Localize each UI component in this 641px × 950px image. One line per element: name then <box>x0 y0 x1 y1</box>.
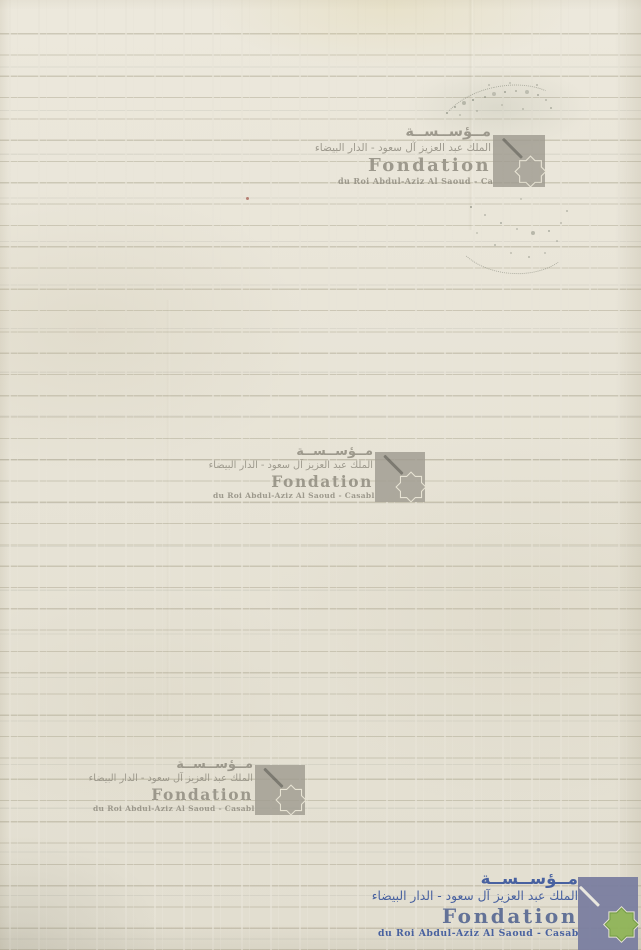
pencil-smudge <box>470 206 472 208</box>
watermark-french-title: Fondation <box>378 905 578 928</box>
round-stamp-ghost <box>431 74 572 175</box>
paper-crease <box>166 300 171 720</box>
pencil-smudge <box>446 112 448 114</box>
watermark-text: مــؤســســة الملك عبد العزيز آل سعود - ا… <box>213 444 373 501</box>
diagonal-line <box>383 455 403 475</box>
round-stamp-ghost <box>450 188 577 278</box>
watermark-french-subtitle: du Roi Abdul-Aziz Al Saoud - Casablanca <box>213 491 373 501</box>
watermark-french-subtitle: du Roi Abdul-Aziz Al Saoud - Casablanca <box>378 928 578 939</box>
eight-pointed-star-icon <box>275 784 307 816</box>
diagonal-line <box>263 768 283 788</box>
watermark-french-title: Fondation <box>213 473 373 491</box>
watermark-arabic-title: مــؤســســة <box>93 757 253 772</box>
watermark-arabic-subtitle: الملك عبد العزيز آل سعود - الدار البيضاء <box>213 459 373 472</box>
scanned-page: مــؤســســة الملك عبد العزيز آل سعود - ا… <box>0 0 641 950</box>
watermark-arabic-subtitle: الملك عبد العزيز آل سعود - الدار البيضاء <box>93 772 253 785</box>
eight-pointed-star-icon <box>395 471 427 503</box>
paper-texture <box>0 0 641 950</box>
logo-square <box>578 877 638 950</box>
watermark-arabic-title: مــؤســســة <box>378 869 578 888</box>
foundation-logo <box>375 452 425 502</box>
paper-crease <box>468 0 475 230</box>
watermark-arabic-subtitle: الملك عبد العزيز آل سعود - الدار البيضاء <box>338 141 491 155</box>
diagonal-line <box>502 138 523 159</box>
watermark-french-title: Fondation <box>93 786 253 804</box>
watermark-french-title: Fondation <box>338 156 491 176</box>
watermark-stamp-bottom-left: مــؤســســة الملك عبد العزيز آل سعود - ا… <box>93 757 305 815</box>
watermark-arabic-subtitle: الملك عبد العزيز آل سعود - الدار البيضاء <box>378 888 578 904</box>
foundation-stamp-bottom-right: مــؤســســة الملك عبد العزيز آل سعود - ا… <box>378 869 638 950</box>
ink-speck <box>246 197 249 200</box>
logo-square <box>493 135 545 187</box>
watermark-french-subtitle: du Roi Abdul-Aziz Al Saoud - Casablanca <box>338 176 491 186</box>
diagonal-line <box>579 886 600 907</box>
watermark-french-subtitle: du Roi Abdul-Aziz Al Saoud - Casablanca <box>93 804 253 814</box>
ruled-lines <box>0 0 641 950</box>
watermark-arabic-title: مــؤســســة <box>213 444 373 459</box>
foundation-logo <box>578 877 638 950</box>
watermark-text: مــؤســســة الملك عبد العزيز آل سعود - ا… <box>338 124 491 186</box>
foundation-logo <box>493 135 545 187</box>
watermark-text: مــؤســســة الملك عبد العزيز آل سعود - ا… <box>378 869 578 939</box>
watermark-stamp-top: مــؤســســة الملك عبد العزيز آل سعود - ا… <box>338 124 545 187</box>
foundation-logo <box>255 765 305 815</box>
eight-pointed-star-icon <box>514 155 547 188</box>
watermark-text: مــؤســســة الملك عبد العزيز آل سعود - ا… <box>93 757 253 814</box>
logo-square <box>375 452 425 502</box>
logo-square <box>255 765 305 815</box>
watermark-stamp-center: مــؤســســة الملك عبد العزيز آل سعود - ا… <box>213 444 425 502</box>
watermark-arabic-title: مــؤســســة <box>338 124 491 141</box>
eight-pointed-star-icon <box>603 906 640 943</box>
